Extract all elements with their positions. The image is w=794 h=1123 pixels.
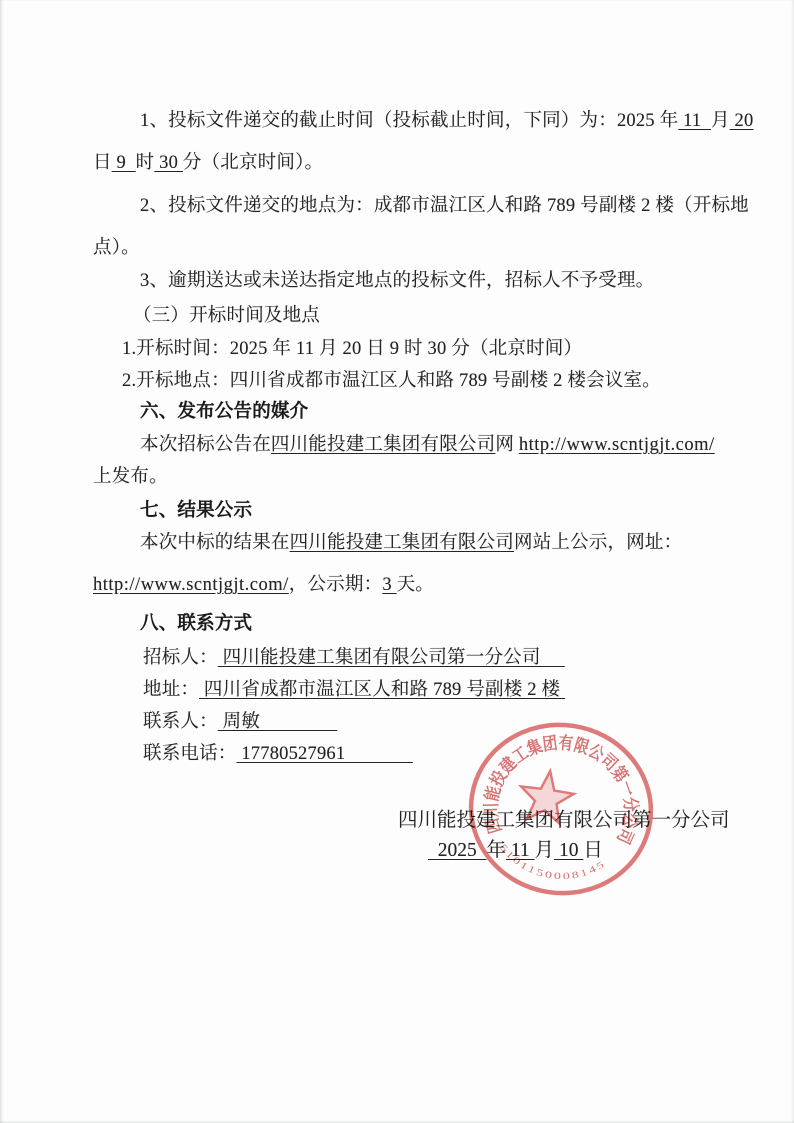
section-6-heading-text: 六、发布公告的媒介 xyxy=(140,402,308,422)
publicity-period-label: ，公示期： xyxy=(289,575,383,595)
tenderer-line: 招标人： 四川能投建工集团有限公司第一分公司 xyxy=(93,647,763,669)
address-label: 地址： xyxy=(143,680,199,700)
deadline-day-value: 20 xyxy=(730,111,754,131)
deadline-minute-value: 30 xyxy=(154,153,183,173)
announcement-media-line-2: 上发布。 xyxy=(93,466,713,488)
section-8-heading-text: 八、联系方式 xyxy=(140,614,252,634)
contact-phone-label: 联系电话： xyxy=(143,744,237,764)
company-name-underlined-2: 四川能投建工集团有限公司 xyxy=(290,533,514,553)
company-name-underlined: 四川能投建工集团有限公司 xyxy=(271,435,495,455)
seal-star-icon xyxy=(517,767,577,825)
address-line: 地址： 四川省成都市温江区人和路 789 号副楼 2 楼 xyxy=(93,679,763,701)
announcement-media-line-1: 本次招标公告在四川能投建工集团有限公司网 http://www.scntjgjt… xyxy=(93,434,760,456)
section-8-heading: 八、联系方式 xyxy=(93,613,760,635)
section-3-heading-text: （三）开标时间及地点 xyxy=(133,306,320,326)
submission-place-line-1: 2、投标文件递交的地点为：成都市温江区人和路 789 号副楼 2 楼（开标地 xyxy=(93,195,760,217)
published-on-text: 上发布。 xyxy=(93,467,168,487)
deadline-text: 1、投标文件递交的截止时间（投标截止时间，下同）为：2025 年 xyxy=(140,111,678,131)
announcement-url: http://www.scntjgjt.com/ xyxy=(519,435,715,455)
contact-phone-value: 17780527961 xyxy=(237,744,413,764)
days-unit: 天。 xyxy=(397,575,434,595)
result-publicity-line-2: http://www.scntjgjt.com/，公示期：3 天。 xyxy=(93,574,713,596)
address-value: 四川省成都市温江区人和路 789 号副楼 2 楼 xyxy=(199,680,565,700)
hour-unit: 时 xyxy=(136,153,155,173)
late-delivery-text: 3、逾期送达或未送达指定地点的投标文件，招标人不予受理。 xyxy=(140,271,654,291)
svg-text:5101150008145: 5101150008145 xyxy=(494,842,610,889)
contact-person-label: 联系人： xyxy=(143,712,218,732)
section-7-heading-text: 七、结果公示 xyxy=(140,501,252,521)
section-3-heading: （三）开标时间及地点 xyxy=(93,305,753,327)
deadline-line-2: 日 9 时 30 分（北京时间）。 xyxy=(93,152,713,174)
submission-place-text-cont: 点）。 xyxy=(93,238,140,258)
deadline-line-1: 1、投标文件递交的截止时间（投标截止时间，下同）为：2025 年 11 月 20 xyxy=(93,110,760,132)
result-prefix: 本次中标的结果在 xyxy=(140,533,290,553)
site-word: 网 xyxy=(495,435,519,455)
opening-place-line: 2.开标地点：四川省成都市温江区人和路 789 号副楼 2 楼会议室。 xyxy=(93,370,742,392)
company-seal: 四川能投建工集团有限公司第一分公司 5101150008145 xyxy=(465,720,657,900)
section-6-heading: 六、发布公告的媒介 xyxy=(93,401,760,423)
late-delivery-line: 3、逾期送达或未送达指定地点的投标文件，招标人不予受理。 xyxy=(93,270,760,292)
tenderer-value: 四川能投建工集团有限公司第一分公司 xyxy=(218,648,565,668)
deadline-hour-value: 9 xyxy=(112,153,136,173)
result-suffix: 网站上公示，网址： xyxy=(514,533,682,553)
contact-phone-line: 联系电话： 17780527961 xyxy=(93,743,763,765)
submission-place-line-2: 点）。 xyxy=(93,237,713,259)
contact-person-line: 联系人： 周敏 xyxy=(93,711,763,733)
day-unit: 日 xyxy=(93,153,112,173)
beijing-time-note: 分（北京时间）。 xyxy=(183,153,323,173)
tenderer-label: 招标人： xyxy=(143,648,218,668)
deadline-month-value: 11 xyxy=(678,111,711,131)
month-unit: 月 xyxy=(711,111,730,131)
seal-serial-number: 5101150008145 xyxy=(494,842,610,889)
publicity-period-value: 3 xyxy=(382,575,396,595)
section-7-heading: 七、结果公示 xyxy=(93,500,760,522)
result-publicity-line-1: 本次中标的结果在四川能投建工集团有限公司网站上公示，网址： xyxy=(93,532,760,554)
submission-place-text: 2、投标文件递交的地点为：成都市温江区人和路 789 号副楼 2 楼（开标地 xyxy=(140,196,749,216)
opening-time-text: 1.开标时间：2025 年 11 月 20 日 9 时 30 分（北京时间） xyxy=(122,339,582,359)
opening-time-line: 1.开标时间：2025 年 11 月 20 日 9 时 30 分（北京时间） xyxy=(93,338,742,360)
result-url: http://www.scntjgjt.com/ xyxy=(93,575,289,595)
announcement-prefix: 本次招标公告在 xyxy=(140,435,271,455)
contact-person-value: 周敏 xyxy=(218,712,337,732)
document-page: 1、投标文件递交的截止时间（投标截止时间，下同）为：2025 年 11 月 20… xyxy=(0,0,794,1123)
opening-place-text: 2.开标地点：四川省成都市温江区人和路 789 号副楼 2 楼会议室。 xyxy=(122,371,661,391)
